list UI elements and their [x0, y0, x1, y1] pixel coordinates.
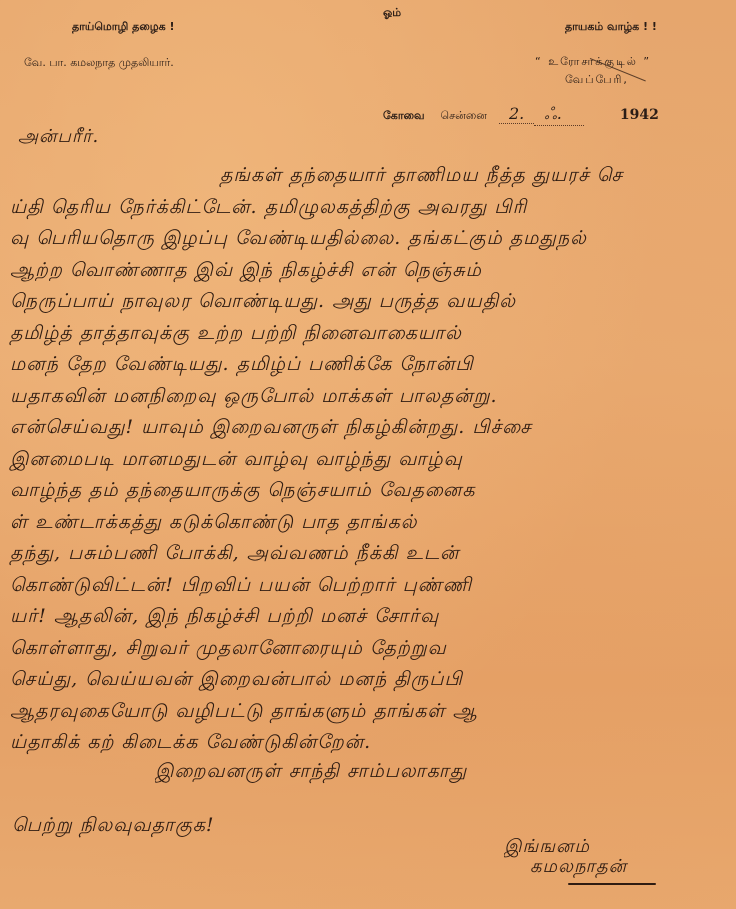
sender-name: வே. பா. கமலநாத முதலியார். [24, 56, 174, 71]
invocation-om: ஓம் [383, 6, 401, 21]
dateline-month-field: ஃ. [534, 104, 584, 126]
salutation: அன்பரீர். [18, 126, 736, 149]
letter-body-line: இனமைபடி மானமதுடன் வாழ்வு வாழ்ந்து வாழ்வு [0, 444, 736, 476]
letter-body-line-text: என்செய்வது! யாவும் இறைவனருள் நிகழ்கின்றத… [10, 412, 532, 444]
letter-body: தங்கள் தந்தையார் தாணிமய நீத்த துயரச் செய… [0, 160, 736, 759]
letter-body-line-text: வாழ்ந்த தம் தந்தையாருக்கு நெஞ்சயாம் வேதன… [10, 475, 476, 507]
letter-body-line-text: ள் உண்டாக்கத்து கடுக்கொண்டு பாத தாங்கல் [10, 507, 418, 539]
dateline-day: 2. [499, 104, 534, 123]
dateline-place-chennai: சென்னை [441, 109, 487, 124]
letter-body-line-text: ஆற்ற வொண்ணாத இவ் இந் நிகழ்ச்சி என் நெஞ்ச… [10, 255, 482, 287]
letter-body-line-text: வு பெரியதொரு இழப்பு வேண்டியதில்லை. தங்கட… [10, 223, 587, 255]
letter-body-line: வு பெரியதொரு இழப்பு வேண்டியதில்லை. தங்கட… [0, 223, 736, 255]
dateline-year: 1942 [620, 107, 659, 123]
letter-body-line: நெருப்பாய் நாவுலர வொண்டியது. அது பருத்த … [0, 286, 736, 318]
dateline-day-field: 2. [499, 104, 534, 124]
letter-body-line-text: செய்து, வெய்யவன் இறைவன்பால் மனந் திருப்ப… [10, 664, 463, 696]
motto-mother-tongue: தாய்மொழி தழைக ! [72, 20, 174, 35]
letter-body-line: ஆதரவுகையோடு வழிபட்டு தாங்களும் தாங்கள் ஆ [0, 696, 736, 728]
letter-body-line-text: தந்து, பசும்பணி போக்கி, அவ்வணம் நீக்கி உ… [10, 538, 459, 570]
letter-body-line-text: இனமைபடி மானமதுடன் வாழ்வு வாழ்ந்து வாழ்வு [10, 444, 463, 476]
letter-body-line: செய்து, வெய்யவன் இறைவன்பால் மனந் திருப்ப… [0, 664, 736, 696]
letter-body-line-text: தங்கள் தந்தையார் தாணிமய நீத்த துயரச் செ [220, 160, 623, 192]
signature-underline [568, 883, 656, 885]
dateline-month: ஃ. [534, 104, 584, 123]
sender-locality: வேப்பேரி, [565, 73, 629, 88]
signature: கமலநாதன் [530, 856, 736, 879]
letter-body-line: மனந் தேற வேண்டியது. தமிழ்ப் பணிக்கே நோன்… [0, 349, 736, 381]
letter-body-line-text: ஆதரவுகையோடு வழிபட்டு தாங்களும் தாங்கள் ஆ [10, 696, 478, 728]
letter-body-line-text: கொள்ளாது, சிறுவர் முதலானோரையும் தேற்றுவ [10, 633, 447, 665]
letter-body-line: யதாகவின் மனநிறைவு ஒருபோல் மாக்கள் பாலதன்… [0, 381, 736, 413]
letter-body-line: கொள்ளாது, சிறுவர் முதலானோரையும் தேற்றுவ [0, 633, 736, 665]
motto-motherland: தாயகம் வாழ்க ! ! [565, 20, 657, 35]
letter-body-line: ள் உண்டாக்கத்து கடுக்கொண்டு பாத தாங்கல் [0, 507, 736, 539]
letter-body-line-text: மனந் தேற வேண்டியது. தமிழ்ப் பணிக்கே நோன்… [10, 349, 474, 381]
letter-body-line: என்செய்வது! யாவும் இறைவனருள் நிகழ்கின்றத… [0, 412, 736, 444]
letter-body-line: தமிழ்த் தாத்தாவுக்கு உற்ற பற்றி நினைவாகை… [0, 318, 736, 350]
letter-body-line: தங்கள் தந்தையார் தாணிமய நீத்த துயரச் செ [0, 160, 736, 192]
letter-body-line-text: யர்! ஆதலின், இந் நிகழ்ச்சி பற்றி மனச் சோ… [10, 601, 439, 633]
letter-page: ஓம் தாய்மொழி தழைக ! தாயகம் வாழ்க ! ! வே.… [0, 0, 736, 909]
closing-line-1: இறைவனருள் சாந்தி சாம்பலாகாது [155, 760, 736, 785]
house-name: “ உரோசாக்குடில் ” [535, 55, 651, 70]
letter-body-line: ஆற்ற வொண்ணாத இவ் இந் நிகழ்ச்சி என் நெஞ்ச… [0, 255, 736, 287]
letter-body-line-text: கொண்டுவிட்டன்! பிறவிப் பயன் பெற்றார் புண… [10, 570, 472, 602]
letter-body-line: தந்து, பசும்பணி போக்கி, அவ்வணம் நீக்கி உ… [0, 538, 736, 570]
letter-body-line: வாழ்ந்த தம் தந்தையாருக்கு நெஞ்சயாம் வேதன… [0, 475, 736, 507]
dateline: கோவை சென்னை 2. ஃ. 1942 [383, 104, 659, 126]
dateline-place-kovai: கோவை [383, 109, 425, 124]
letter-body-line-text: ய்தி தெரிய நேர்க்கிட்டேன். தமிழுலகத்திற்… [10, 192, 527, 224]
letter-body-line-text: நெருப்பாய் நாவுலர வொண்டியது. அது பருத்த … [10, 286, 516, 318]
letter-body-line-text: யதாகவின் மனநிறைவு ஒருபோல் மாக்கள் பாலதன்… [10, 381, 498, 413]
letter-body-line: ய்தி தெரிய நேர்க்கிட்டேன். தமிழுலகத்திற்… [0, 192, 736, 224]
letter-body-line-text: தமிழ்த் தாத்தாவுக்கு உற்ற பற்றி நினைவாகை… [10, 318, 462, 350]
letter-body-line: ய்தாகிக் கற் கிடைக்க வேண்டுகின்றேன். [0, 727, 736, 759]
letter-body-line: கொண்டுவிட்டன்! பிறவிப் பயன் பெற்றார் புண… [0, 570, 736, 602]
letter-body-line: யர்! ஆதலின், இந் நிகழ்ச்சி பற்றி மனச் சோ… [0, 601, 736, 633]
letter-body-line-text: ய்தாகிக் கற் கிடைக்க வேண்டுகின்றேன். [10, 727, 371, 759]
